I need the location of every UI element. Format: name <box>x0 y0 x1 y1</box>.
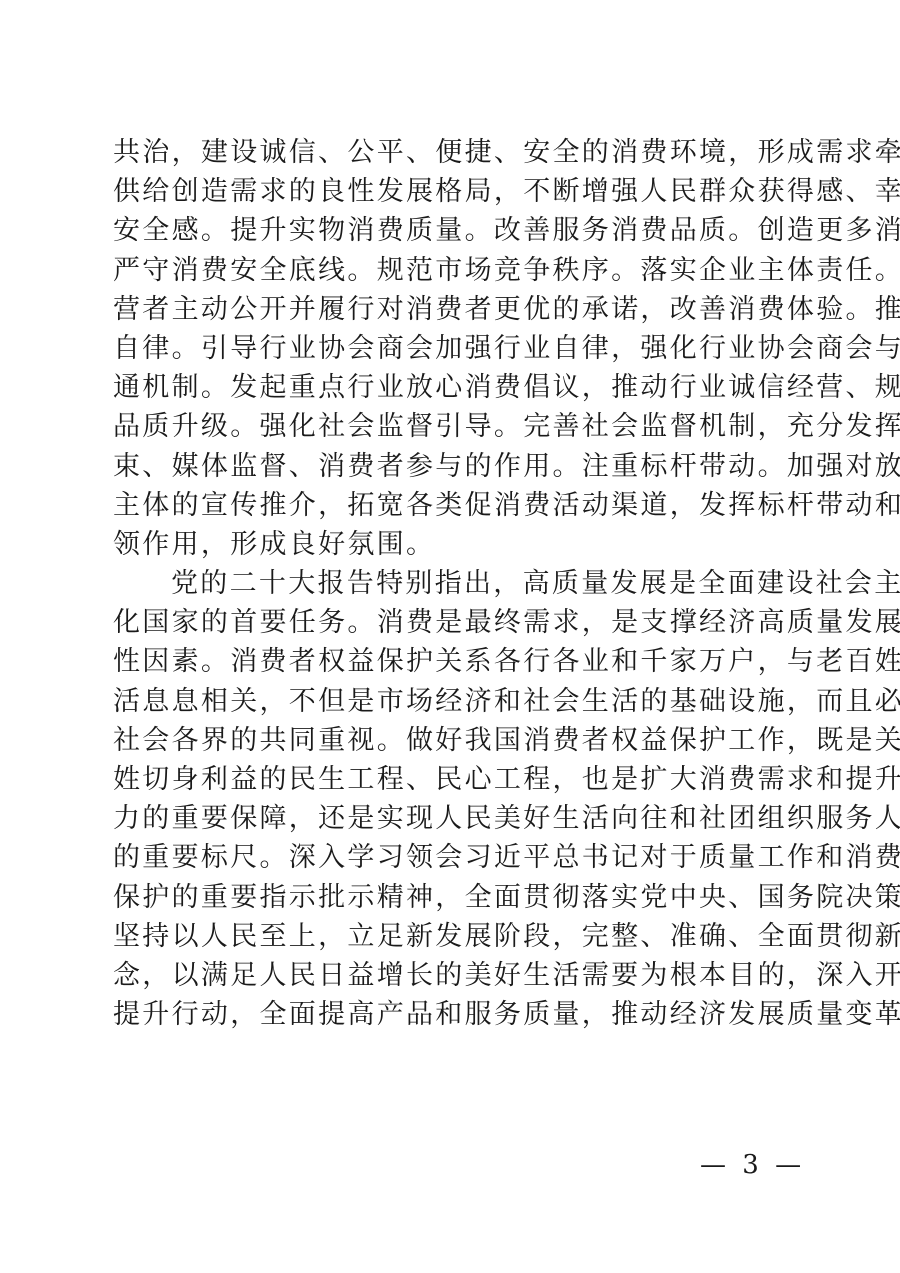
text-line: 营者主动公开并履行对消费者更优的承诺，改善消费体验。推动行业 <box>113 290 793 329</box>
text-line: 共治，建设诚信、公平、便捷、安全的消费环境，形成需求牵引供给、 <box>113 133 793 172</box>
text-line: 力的重要保障，还是实现人民美好生活向往和社团组织服务人民群众 <box>113 799 793 838</box>
text-line: 社会各界的共同重视。做好我国消费者权益保护工作，既是关乎老百 <box>113 721 793 760</box>
text-line: 姓切身利益的民生工程、民心工程，也是扩大消费需求和提升消费潜 <box>113 760 793 799</box>
paragraph-2: 党的二十大报告特别指出，高质量发展是全面建设社会主义现代 化国家的首要任务。消费… <box>113 564 793 1034</box>
text-line: 安全感。提升实物消费质量。改善服务消费品质。创造更多消费场景。 <box>113 211 793 250</box>
text-line: 党的二十大报告特别指出，高质量发展是全面建设社会主义现代 <box>113 564 793 603</box>
text-line: 提升行动，全面提高产品和服务质量，推动经济发展质量变革、效率 <box>113 995 793 1034</box>
text-line: 保护的重要指示批示精神，全面贯彻落实党中央、国务院决策部署， <box>113 878 793 917</box>
text-line: 的重要标尺。深入学习领会习近平总书记对于质量工作和消费者权益 <box>113 838 793 877</box>
text-line: 束、媒体监督、消费者参与的作用。注重标杆带动。加强对放心消费 <box>113 447 793 486</box>
text-line: 通机制。发起重点行业放心消费倡议，推动行业诚信经营、规范发展、 <box>113 368 793 407</box>
page-number: — 3 — <box>700 1150 805 1180</box>
text-line: 念，以满足人民日益增长的美好生活需要为根本目的，深入开展质量 <box>113 956 793 995</box>
text-line: 性因素。消费者权益保护关系各行各业和千家万户，与老百姓日常生 <box>113 642 793 681</box>
text-line: 坚持以人民至上，立足新发展阶段，完整、准确、全面贯彻新发展理 <box>113 917 793 956</box>
text-line: 活息息相关，不但是市场经济和社会生活的基础设施，而且必须得到 <box>113 682 793 721</box>
text-line: 品质升级。强化社会监督引导。完善社会监督机制，充分发挥信用约 <box>113 407 793 446</box>
text-line: 领作用，形成良好氛围。 <box>113 525 793 564</box>
text-line: 供给创造需求的良性发展格局，不断增强人民群众获得感、幸福感、 <box>113 172 793 211</box>
text-line: 化国家的首要任务。消费是最终需求，是支撑经济高质量发展的基础 <box>113 603 793 642</box>
text-line: 严守消费安全底线。规范市场竞争秩序。落实企业主体责任。鼓励经 <box>113 251 793 290</box>
text-line: 自律。引导行业协会商会加强行业自律，强化行业协会商会与政府沟 <box>113 329 793 368</box>
document-page: 共治，建设诚信、公平、便捷、安全的消费环境，形成需求牵引供给、 供给创造需求的良… <box>113 133 793 1034</box>
text-line: 主体的宣传推介，拓宽各类促消费活动渠道，发挥标杆带动和示范引 <box>113 486 793 525</box>
paragraph-1: 共治，建设诚信、公平、便捷、安全的消费环境，形成需求牵引供给、 供给创造需求的良… <box>113 133 793 564</box>
